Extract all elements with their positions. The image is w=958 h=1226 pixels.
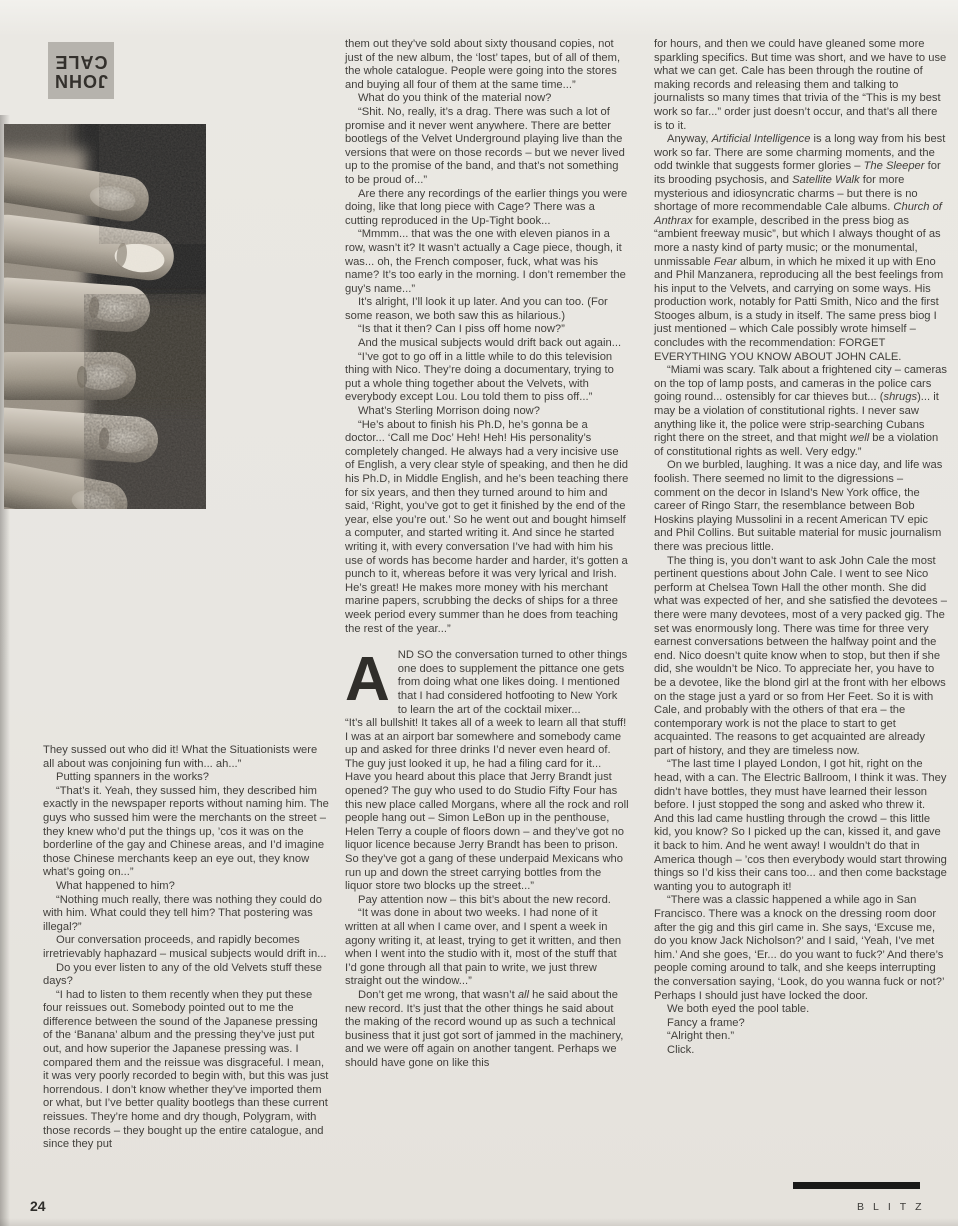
paragraph: “Mmmm... that was the one with eleven pi… [345, 228, 629, 296]
paragraph: “Shit. No, really, it’s a drag. There wa… [345, 106, 629, 188]
paragraph: “Miami was scary. Talk about a frightene… [654, 364, 947, 459]
paragraph: for hours, and then we could have gleane… [654, 38, 947, 133]
paragraph: “That’s it. Yeah, they sussed him, they … [43, 785, 329, 880]
paragraph: “I’ve got to go off in a little while to… [345, 351, 629, 405]
hands-photo-illustration [4, 124, 206, 509]
paragraph: “It was done in about two weeks. I had n… [345, 907, 629, 989]
paragraph: Our conversation proceeds, and rapidly b… [43, 934, 329, 961]
paragraph: AND SO the conversation turned to other … [345, 649, 629, 717]
hands-photo [4, 124, 206, 509]
paragraph: Anyway, Artificial Intelligence is a lon… [654, 133, 947, 364]
middle-column: them out they’ve sold about sixty thousa… [345, 38, 629, 1071]
paragraph: What do you think of the material now? [345, 92, 629, 106]
john-cale-logo-text: JOHN CALE [54, 52, 108, 90]
paragraph: “Is that it then? Can I piss off home no… [345, 323, 629, 337]
scan-bottom-shade [0, 1218, 958, 1226]
paragraph: Don’t get me wrong, that wasn’t all he s… [345, 989, 629, 1071]
paragraph: “The last time I played London, I got hi… [654, 758, 947, 894]
paragraph: We both eyed the pool table. [654, 1003, 947, 1017]
paragraph: “It’s all bullshit! It takes all of a we… [345, 717, 629, 894]
footer-rule [793, 1182, 920, 1189]
paragraph: Click. [654, 1044, 947, 1058]
paragraph: Do you ever listen to any of the old Vel… [43, 962, 329, 989]
paragraph: Pay attention now – this bit’s about the… [345, 894, 629, 908]
john-cale-logo: JOHN CALE [48, 42, 114, 99]
magazine-page: JOHN CALE [0, 0, 958, 1226]
logo-line-1: JOHN [54, 71, 108, 90]
paragraph: It’s alright, I’ll look it up later. And… [345, 296, 629, 323]
drop-cap: A [345, 649, 398, 708]
paragraph: “I had to listen to them recently when t… [43, 989, 329, 1152]
left-column: They sussed out who did it! What the Sit… [43, 744, 329, 1152]
paragraph: What happened to him? [43, 880, 329, 894]
paragraph: “Nothing much really, there was nothing … [43, 894, 329, 935]
page-number: 24 [30, 1198, 46, 1214]
paragraph: The thing is, you don’t want to ask John… [654, 555, 947, 759]
paragraph: Putting spanners in the works? [43, 771, 329, 785]
blitz-logo: BLITZ [857, 1201, 931, 1213]
paragraph: “He’s about to finish his Ph.D, he’s gon… [345, 419, 629, 637]
paragraph: They sussed out who did it! What the Sit… [43, 744, 329, 771]
logo-line-2: CALE [54, 52, 108, 71]
paragraph: them out they’ve sold about sixty thousa… [345, 38, 629, 92]
paragraph: “Alright then.” [654, 1030, 947, 1044]
right-column: for hours, and then we could have gleane… [654, 38, 947, 1058]
paragraph: What’s Sterling Morrison doing now? [345, 405, 629, 419]
paragraph: And the musical subjects would drift bac… [345, 337, 629, 351]
paragraph: Are there any recordings of the earlier … [345, 188, 629, 229]
paragraph: On we burbled, laughing. It was a nice d… [654, 459, 947, 554]
paragraph: “There was a classic happened a while ag… [654, 894, 947, 1003]
paragraph: Fancy a frame? [654, 1017, 947, 1031]
